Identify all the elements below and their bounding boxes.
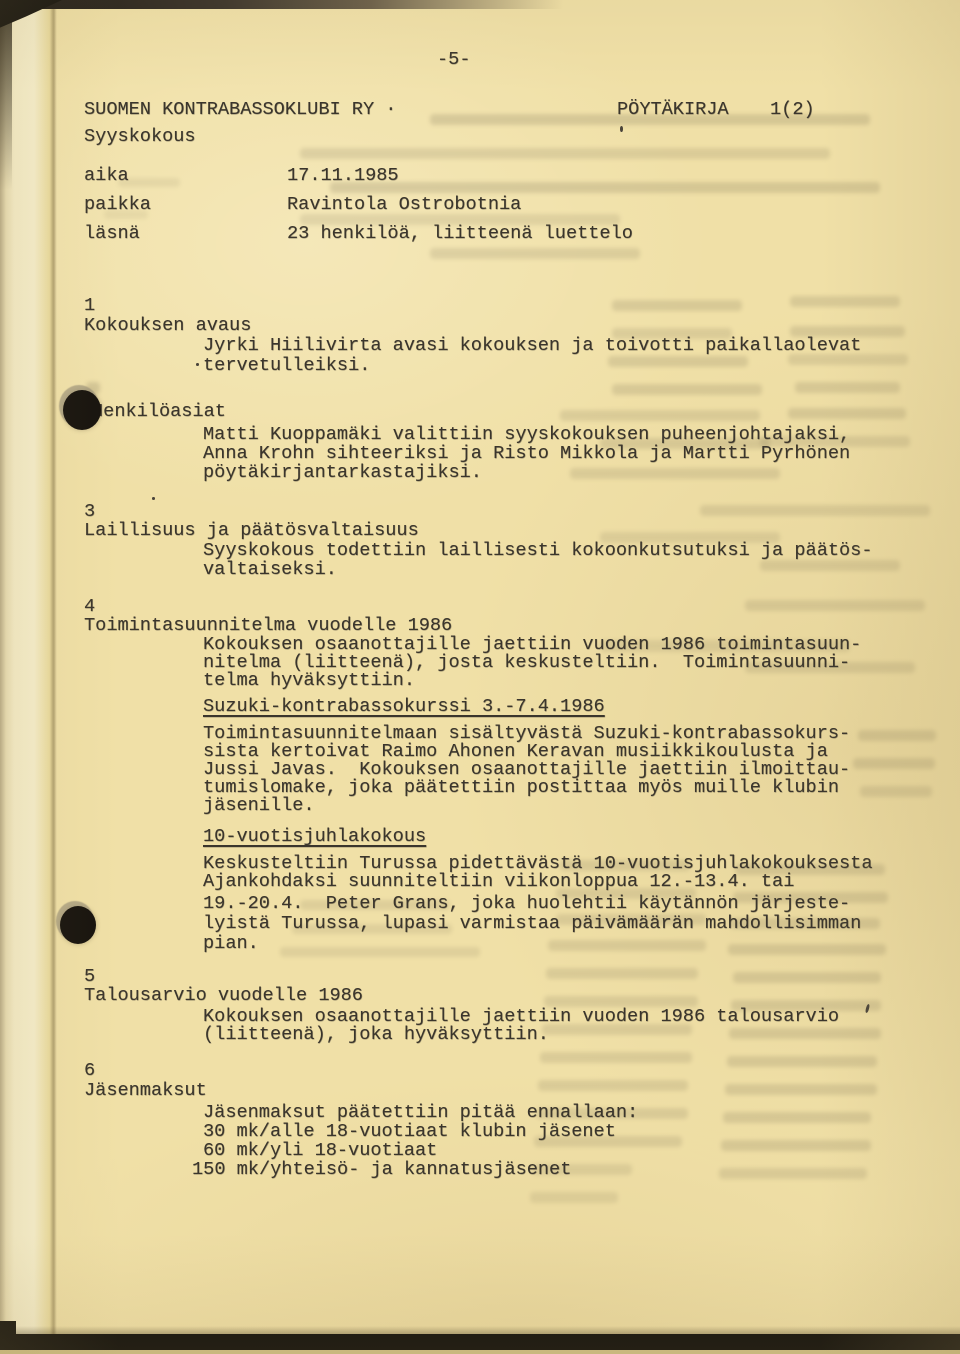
- bleedthrough-smudge: [700, 505, 930, 516]
- bleedthrough-smudge: [612, 300, 742, 311]
- section-title: Talousarvio vuodelle 1986: [84, 986, 363, 1005]
- page-left-edge: [0, 0, 56, 1354]
- page-ref: 1(2): [770, 100, 815, 119]
- bleedthrough-smudge: [788, 408, 906, 419]
- body-line: Ajankohdaksi suunniteltiin viikonloppua …: [203, 872, 794, 891]
- bleedthrough-smudge: [721, 1140, 871, 1151]
- body-line: telma hyväksyttiin.: [203, 671, 415, 690]
- bleedthrough-smudge: [540, 1052, 692, 1063]
- bleedthrough-smudge: [795, 382, 900, 393]
- bleedthrough-smudge: [790, 296, 900, 307]
- body-line: Matti Kuoppamäki valittiin syyskokouksen…: [203, 425, 850, 444]
- org-name: SUOMEN KONTRABASSOKLUBI RY ·: [84, 100, 396, 119]
- scan-bottom-bar: [0, 1334, 960, 1350]
- bleedthrough-smudge: [719, 1168, 867, 1179]
- meta-label: läsnä: [84, 224, 140, 243]
- meeting-name: Syyskokous: [84, 127, 196, 146]
- bleedthrough-smudge: [760, 560, 900, 571]
- bleedthrough-smudge: [860, 786, 932, 797]
- subsection-heading: Suzuki-kontrabassokurssi 3.-7.4.1986: [203, 697, 605, 716]
- bleedthrough-smudge: [727, 1056, 877, 1067]
- body-line: 19.-20.4. Peter Grans, joka huolehtii kä…: [203, 894, 850, 913]
- section-title: Toimintasuunnitelma vuodelle 1986: [84, 616, 452, 635]
- subsection-heading: 10-vuotisjuhlakokous: [203, 827, 426, 846]
- section-number: 6: [84, 1061, 95, 1080]
- body-line: (liitteenä), joka hyväksyttiin.: [203, 1025, 549, 1044]
- bleedthrough-smudge: [330, 182, 880, 193]
- meta-label: paikka: [84, 195, 151, 214]
- meta-value: 23 henkilöä, liitteenä luettelo: [287, 224, 633, 243]
- bleedthrough-smudge: [723, 1112, 871, 1123]
- bleedthrough-smudge: [300, 148, 830, 159]
- body-line: 60 mk/yli 18-vuotiaat: [203, 1141, 437, 1160]
- meta-value: Ravintola Ostrobotnia: [287, 195, 521, 214]
- page-fold-crease: [50, 0, 57, 1354]
- body-line: Syyskokous todettiin laillisesti kokoonk…: [203, 541, 872, 560]
- bleedthrough-smudge: [612, 384, 762, 395]
- body-line: Anna Krohn sihteeriksi ja Risto Mikkola …: [203, 444, 850, 463]
- bleedthrough-smudge: [548, 940, 706, 951]
- bleedthrough-smudge: [729, 1028, 881, 1039]
- bleedthrough-smudge: [608, 356, 748, 367]
- bleedthrough-smudge: [733, 972, 881, 983]
- punch-hole-top: [63, 390, 101, 430]
- body-line: 150 mk/yhteisö- ja kannatusjäsenet: [192, 1160, 571, 1179]
- scan-top-edge: [0, 0, 640, 9]
- body-line: jäsenille.: [203, 796, 315, 815]
- section-title: Kokouksen avaus: [84, 316, 251, 335]
- bleedthrough-smudge: [546, 968, 698, 979]
- bleedthrough-smudge: [858, 730, 936, 741]
- section-title: Jäsenmaksut: [84, 1081, 207, 1100]
- section-title: Henkilöasiat: [92, 402, 226, 421]
- body-line: lyistä Turussa, lupasi varmistaa päivämä…: [203, 914, 861, 933]
- body-line: Jyrki Hiilivirta avasi kokouksen ja toiv…: [203, 336, 861, 355]
- body-line: pöytäkirjantarkastajiksi.: [203, 463, 482, 482]
- body-line: pian.: [203, 934, 259, 953]
- bleedthrough-smudge: [280, 947, 480, 957]
- body-line: valtaiseksi.: [203, 560, 337, 579]
- body-line: Jäsenmaksut päätettiin pitää ennallaan:: [203, 1103, 638, 1122]
- bleedthrough-smudge: [725, 1084, 877, 1095]
- meta-label: aika: [84, 166, 129, 185]
- scanned-minutes-page: -5-SUOMEN KONTRABASSOKLUBI RY ·PÖYTÄKIRJ…: [0, 0, 960, 1354]
- body-line: 30 mk/alle 18-vuotiaat klubin jäsenet: [203, 1122, 616, 1141]
- scan-speck: [620, 126, 623, 132]
- section-number: 3: [84, 502, 95, 521]
- scan-speck: [152, 497, 155, 500]
- section-number: 1: [84, 296, 95, 315]
- bleedthrough-smudge: [538, 1080, 688, 1091]
- punch-hole-bottom: [60, 906, 96, 944]
- doc-type: PÖYTÄKIRJA: [617, 100, 729, 119]
- bleedthrough-smudge: [853, 758, 935, 769]
- bleedthrough-smudge: [430, 248, 640, 259]
- section-title: Laillisuus ja päätösvaltaisuus: [84, 521, 419, 540]
- bleedthrough-smudge: [530, 1192, 618, 1203]
- section-number: 5: [84, 967, 95, 986]
- meta-value: 17.11.1985: [287, 166, 399, 185]
- scan-bottom-strip: [0, 1350, 960, 1354]
- bleedthrough-smudge: [728, 944, 886, 955]
- bleedthrough-smudge: [570, 468, 780, 479]
- bleedthrough-smudge: [745, 600, 925, 611]
- section-number: 4: [84, 597, 95, 616]
- body-line: tervetulleiksi.: [203, 356, 370, 375]
- page-number: -5-: [437, 50, 470, 69]
- scan-speck: [196, 363, 199, 366]
- bleedthrough-smudge: [560, 410, 760, 421]
